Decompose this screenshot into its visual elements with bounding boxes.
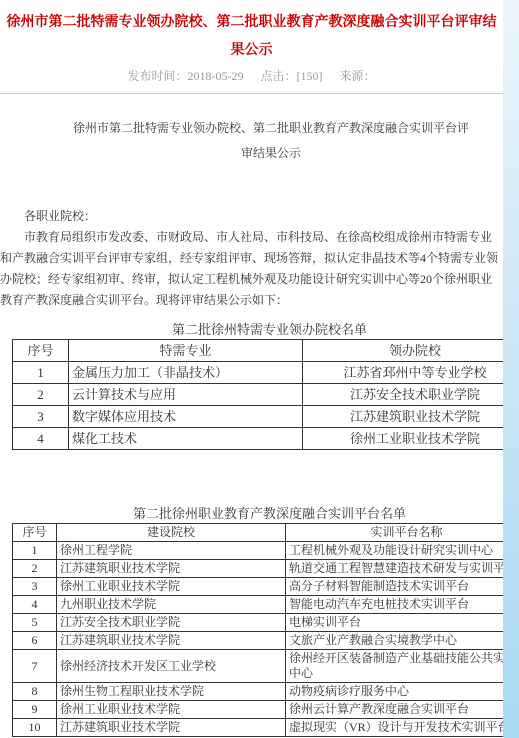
table-row: 2江苏建筑职业技术学院轨道交通工程智慧建造技术研发与实训平台 xyxy=(13,560,504,578)
table2-heading: 第二批徐州职业教育产教深度融合实训平台名单 xyxy=(12,505,503,523)
table-row: 3数字媒体应用技术江苏建筑职业技术学院 xyxy=(13,406,504,428)
table-cell: 2 xyxy=(13,560,57,578)
table-cell: 江苏建筑职业技术学院 xyxy=(303,406,504,428)
table-cell: 5 xyxy=(13,614,57,632)
table-cell: 徐州工程学院 xyxy=(57,542,286,560)
table-cell: 4 xyxy=(13,428,69,450)
table-cell: 徐州工业职业技术学院 xyxy=(57,578,286,596)
table-header-row: 序号特需专业领办院校 xyxy=(13,340,504,362)
table-cell: 江苏建筑职业技术学院 xyxy=(57,560,286,578)
table-cell: 工程机械外观及功能设计研究实训中心 xyxy=(286,542,504,560)
table-cell: 8 xyxy=(13,683,57,701)
table-cell: 动物疫病诊疗服务中心 xyxy=(286,683,504,701)
table-row: 7徐州经济技术开发区工业学校徐州经开区装备制造产业基础技能公共实训中心 xyxy=(13,650,504,683)
page-title: 徐州市第二批特需专业领办院校、第二批职业教育产教深度融合实训平台评审结果公示 xyxy=(0,0,503,63)
table-row: 5江苏安全技术职业学院电梯实训平台 xyxy=(13,614,504,632)
table-cell: 电梯实训平台 xyxy=(286,614,504,632)
article-page: 徐州市第二批特需专业领办院校、第二批职业教育产教深度融合实训平台评审结果公示 发… xyxy=(0,0,503,738)
column-header: 建设院校 xyxy=(57,524,286,542)
publish-time-label: 发布时间： xyxy=(127,69,187,83)
table-cell: 江苏省邳州中等专业学校 xyxy=(303,362,504,384)
table-row: 4九州职业技术学院智能电动汽车充电桩技术实训平台 xyxy=(13,596,504,614)
table-cell: 3 xyxy=(13,406,69,428)
body-paragraph: 市教育局组织市发改委、市财政局、市人社局、市科技局、在徐高校组成徐州市特需专业和… xyxy=(0,227,502,311)
salutation: 各职业院校： xyxy=(0,206,502,227)
table-row: 8徐州生物工程职业技术学院动物疫病诊疗服务中心 xyxy=(13,683,504,701)
table-cell: 江苏安全技术职业学院 xyxy=(303,384,504,406)
table-cell: 徐州经济技术开发区工业学校 xyxy=(57,650,286,683)
table-cell: 江苏安全技术职业学院 xyxy=(57,614,286,632)
table-cell: 虚拟现实（VR）设计与开发技术实训平台 xyxy=(286,719,504,737)
column-header: 序号 xyxy=(13,524,57,542)
table-cell: 数字媒体应用技术 xyxy=(69,406,303,428)
table-row: 1金属压力加工（非晶技术）江苏省邳州中等专业学校 xyxy=(13,362,504,384)
divider xyxy=(0,93,503,94)
document-subtitle: 徐州市第二批特需专业领办院校、第二批职业教育产教深度融合实训平台评审结果公示 xyxy=(72,116,470,166)
table-row: 2云计算技术与应用江苏安全技术职业学院 xyxy=(13,384,504,406)
table-cell: 10 xyxy=(13,719,57,737)
column-header: 实训平台名称 xyxy=(286,524,504,542)
source-label: 来源： xyxy=(340,69,376,83)
table-row: 1徐州工程学院工程机械外观及功能设计研究实训中心 xyxy=(13,542,504,560)
table-header-row: 序号建设院校实训平台名称 xyxy=(13,524,504,542)
table-cell: 徐州工业职业技术学院 xyxy=(303,428,504,450)
table-row: 9徐州工业职业技术学院徐州云计算产教深度融合实训平台 xyxy=(13,701,504,719)
table-cell: 徐州经开区装备制造产业基础技能公共实训中心 xyxy=(286,650,504,683)
column-header: 特需专业 xyxy=(69,340,303,362)
table-cell: 智能电动汽车充电桩技术实训平台 xyxy=(286,596,504,614)
table-cell: 4 xyxy=(13,596,57,614)
table-row: 4煤化工技术徐州工业职业技术学院 xyxy=(13,428,504,450)
meta-line: 发布时间：2018-05-29 点击：[150] 来源： xyxy=(0,68,503,84)
table-cell: 1 xyxy=(13,362,69,384)
table-cell: 煤化工技术 xyxy=(69,428,303,450)
training-platforms-table: 序号建设院校实训平台名称 1徐州工程学院工程机械外观及功能设计研究实训中心2江苏… xyxy=(12,523,503,737)
table-cell: 轨道交通工程智慧建造技术研发与实训平台 xyxy=(286,560,504,578)
table-cell: 江苏建筑职业技术学院 xyxy=(57,719,286,737)
table1-heading: 第二批徐州特需专业领办院校名单 xyxy=(12,321,503,339)
table-cell: 2 xyxy=(13,384,69,406)
special-majors-table: 序号特需专业领办院校 1金属压力加工（非晶技术）江苏省邳州中等专业学校2云计算技… xyxy=(12,339,503,450)
table-cell: 高分子材料智能制造技术实训平台 xyxy=(286,578,504,596)
table-row: 3徐州工业职业技术学院高分子材料智能制造技术实训平台 xyxy=(13,578,504,596)
hits-label: 点击： xyxy=(260,69,296,83)
table-row: 10江苏建筑职业技术学院虚拟现实（VR）设计与开发技术实训平台 xyxy=(13,719,504,737)
table-cell: 7 xyxy=(13,650,57,683)
table-cell: 金属压力加工（非晶技术） xyxy=(69,362,303,384)
publish-time-value: 2018-05-29 xyxy=(187,69,243,83)
table-cell: 1 xyxy=(13,542,57,560)
table-cell: 云计算技术与应用 xyxy=(69,384,303,406)
table-cell: 6 xyxy=(13,632,57,650)
table-cell: 江苏建筑职业技术学院 xyxy=(57,632,286,650)
table-cell: 9 xyxy=(13,701,57,719)
table-cell: 徐州生物工程职业技术学院 xyxy=(57,683,286,701)
column-header: 领办院校 xyxy=(303,340,504,362)
hits-value: [150] xyxy=(297,69,323,83)
table-cell: 九州职业技术学院 xyxy=(57,596,286,614)
table-cell: 徐州云计算产教深度融合实训平台 xyxy=(286,701,504,719)
table-row: 6江苏建筑职业技术学院文旅产业产教融合实境教学中心 xyxy=(13,632,504,650)
table-cell: 徐州工业职业技术学院 xyxy=(57,701,286,719)
table-cell: 3 xyxy=(13,578,57,596)
table-cell: 文旅产业产教融合实境教学中心 xyxy=(286,632,504,650)
column-header: 序号 xyxy=(13,340,69,362)
